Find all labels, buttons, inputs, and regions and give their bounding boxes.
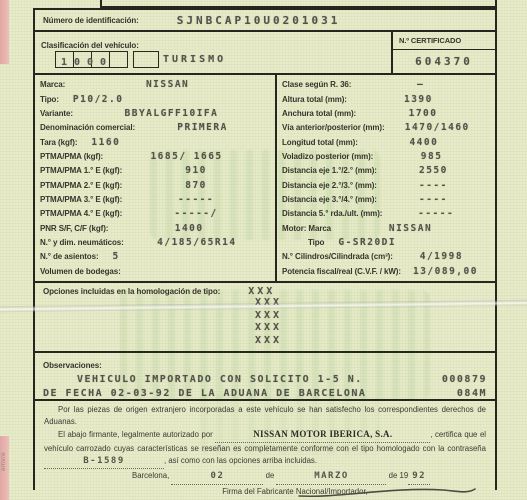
classification-row: Clasificación del vehículo: 1000 TURISMO… — [33, 30, 497, 75]
certificate-form: Número de identificación: SJNBCAP10U0201… — [33, 10, 497, 490]
options-values: XXX XXX XXX XXX — [43, 297, 487, 347]
code-box-empty — [133, 51, 159, 68]
table-row: PTMA/PMA 3.° E (kgf):----- — [35, 193, 275, 206]
observations-box: Observaciones: VEHICULO IMPORTADO CON SO… — [33, 351, 497, 401]
table-row: Voladizo posterior (mm):985 — [277, 150, 495, 163]
table-row: Vía anterior/posterior (mm):1470/1460 — [277, 121, 495, 134]
table-row: Anchura total (mm):1700 — [277, 107, 495, 120]
table-row: Tara (kgf):1160 — [35, 136, 275, 149]
table-row: Potencia fiscal/real (C.V.F. / kW):13/08… — [277, 265, 495, 278]
classification-code-boxes: 1000 — [55, 51, 159, 68]
table-row: TipoG-SR20DI — [277, 236, 495, 249]
table-row: PTMA/PMA 4.° E (kgf):-----/ — [35, 207, 275, 220]
table-row: Denominación comercial:PRIMERA — [35, 121, 275, 134]
observation-number-1: 000879 — [442, 373, 487, 387]
company-name: NISSAN MOTOR IBERICA, S.A. — [253, 429, 392, 439]
table-row: Tipo:P10/2.0 — [35, 93, 275, 106]
table-row: PNR S/F, C/F (kgf):1400 — [35, 222, 275, 235]
table-row: N.° de asientos:5 — [35, 250, 275, 263]
date-day: 02 — [211, 471, 225, 481]
options-value: XXX — [248, 286, 275, 297]
table-row: Marca:NISSAN — [35, 78, 275, 91]
table-row: N.° y dim. neumáticos:4/185/65R14 — [35, 236, 275, 249]
classification-cell: Clasificación del vehículo: 1000 TURISMO — [35, 32, 393, 73]
certification-section: Por las piezas de origen extranjero inco… — [33, 399, 497, 490]
table-row: Distancia eje 1.°/2.° (mm):2550 — [277, 164, 495, 177]
observations-label: Observaciones: — [43, 361, 102, 370]
type-approval-code: B-1589 — [83, 456, 125, 466]
classification-code: 1000 — [61, 57, 113, 68]
characteristics-right-column: Clase según R. 36:— Altura total (mm):13… — [277, 75, 495, 281]
table-row: N.° Cilindros/Cilindrada (cm³):4/1998 — [277, 250, 495, 263]
table-row: PTMA/PMA (kgf):1685/ 1665 — [35, 150, 275, 163]
classification-text: TURISMO — [163, 54, 226, 65]
customs-paragraph: Por las piezas de origen extranjero inco… — [44, 404, 486, 427]
certificate-label: N.º CERTIFICADO — [393, 32, 495, 50]
identification-value: SJNBCAP10U0201031 — [177, 14, 341, 27]
certificate-cell: N.º CERTIFICADO 604370 — [393, 32, 495, 73]
table-row: Distancia 5.° rda./ult. (mm):----- — [277, 207, 495, 220]
table-row: Motor: MarcaNISSAN — [277, 222, 495, 235]
identification-row: Número de identificación: SJNBCAP10U0201… — [33, 8, 497, 32]
table-row: PTMA/PMA 2.° E (kgf):870 — [35, 179, 275, 192]
table-row: Longitud total (mm):4400 — [277, 136, 495, 149]
table-row: Volumen de bodegas: — [35, 265, 275, 278]
classification-label: Clasificación del vehículo: — [41, 41, 139, 50]
characteristics-table: Marca:NISSAN Tipo:P10/2.0 Variante:BBYAL… — [33, 73, 497, 283]
identification-label: Número de identificación: — [43, 16, 139, 25]
table-row: PTMA/PMA 1.° E (kgf):910 — [35, 164, 275, 177]
certify-paragraph: El abajo firmante, legalmente autorizado… — [44, 428, 486, 469]
observation-line-1: VEHICULO IMPORTADO CON SOLICITO 1-5 N. — [77, 373, 363, 387]
options-box: Opciones incluidas en la homologación de… — [33, 281, 497, 353]
paper-edge-top-left — [0, 0, 9, 64]
options-label: Opciones incluidas en la homologación de… — [43, 287, 220, 296]
table-row: Distancia eje 3.°/4.° (mm):---- — [277, 193, 495, 206]
table-row: Altura total (mm):1390 — [277, 93, 495, 106]
scanned-vehicle-certificate: { "header": { "id_label": "Número de ide… — [0, 0, 527, 500]
date-month: MARZO — [314, 471, 349, 481]
signature-stroke — [295, 484, 480, 500]
characteristics-left-column: Marca:NISSAN Tipo:P10/2.0 Variante:BBYAL… — [35, 75, 277, 281]
date-year: 92 — [412, 471, 426, 481]
date-line: Barcelona, 02 de MARZO de 1992 — [44, 470, 486, 485]
table-row: Clase según R. 36:— — [277, 78, 495, 91]
table-row: Variante:BBYALGFF10IFA — [35, 107, 275, 120]
table-row: Distancia eje 2.°/3.° (mm):---- — [277, 179, 495, 192]
certificate-number: 604370 — [393, 50, 495, 73]
top-partial-box — [100, 0, 497, 8]
margin-print-code: emv/e — [1, 452, 7, 471]
